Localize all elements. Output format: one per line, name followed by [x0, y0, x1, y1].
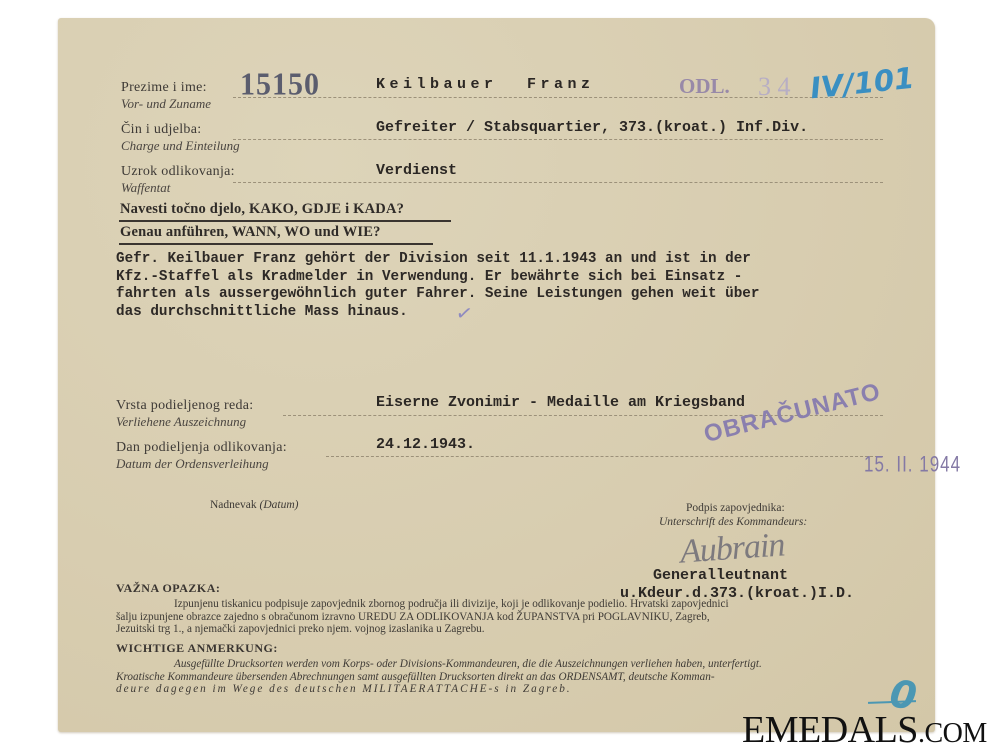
check-mark: ✓: [454, 300, 475, 327]
note-de-line: Ausgefüllte Drucksorten werden vom Korps…: [116, 658, 916, 671]
field-reason-label-de: Waffentat: [121, 180, 170, 196]
note-hr-line: Izpunjenu tiskanicu podpisuje zapovjedni…: [116, 598, 916, 611]
signature-label-de: Unterschrift des Kommandeurs:: [659, 516, 807, 528]
date-label: Nadnevak (Datum): [210, 499, 298, 511]
award-date-label-hr: Dan podieljenja odlikovanja:: [116, 440, 287, 456]
field-reason-line: [233, 182, 883, 183]
instruction-de-underline: [119, 243, 433, 245]
note-hr-line: Jezuitski trg 1., a njemački zapovjednic…: [116, 623, 916, 636]
note-de-title: WICHTIGE ANMERKUNG:: [116, 641, 278, 656]
field-name-label-de: Vor- und Zuname: [121, 96, 211, 112]
narrative-line: Kfz.-Staffel als Kradmelder in Verwendun…: [116, 269, 759, 287]
award-type-label-hr: Vrsta podieljenog reda:: [116, 398, 253, 414]
signature-label-hr: Podpis zapovjednika:: [686, 502, 785, 514]
stamp-serial-number: 15150: [240, 67, 320, 103]
field-name-label-hr: Prezime i ime:: [121, 80, 207, 96]
watermark-main: EMEDALS: [742, 709, 918, 750]
watermark-suffix: .COM: [918, 718, 987, 749]
award-date-value: 24.12.1943.: [376, 436, 475, 453]
note-hr-line: šalju izpunjene obrazce zajedno s obraču…: [116, 611, 916, 624]
note-hr-body: Izpunjenu tiskanicu podpisuje zapovjedni…: [116, 598, 916, 636]
handwritten-signature: Aubrain: [679, 526, 786, 571]
narrative-line: Gefr. Keilbauer Franz gehört der Divisio…: [116, 251, 759, 269]
award-date-label-de: Datum der Ordensverleihung: [116, 456, 269, 472]
stamp-odl: ODL.: [679, 74, 730, 99]
stamp-obracunato: OBRAČUNATO: [701, 378, 884, 449]
field-reason-label-hr: Uzrok odlikovanja:: [121, 164, 235, 180]
date-label-hr: Nadnevak: [210, 499, 257, 511]
field-rank-line: [233, 139, 883, 140]
note-de-line: deure dagegen im Wege des deutschen MILI…: [116, 683, 916, 696]
note-hr-title: VAŽNA OPAZKA:: [116, 581, 220, 596]
narrative-line: fahrten als aussergewöhnlich guter Fahre…: [116, 286, 759, 304]
instruction-de: Genau anführen, WANN, WO und WIE?: [120, 224, 381, 241]
narrative: Gefr. Keilbauer Franz gehört der Divisio…: [116, 251, 759, 321]
award-proposal-card: Prezime i ime: Vor- und Zuname 15150 Kei…: [58, 18, 935, 732]
blue-ink-reference: IV/101: [809, 61, 916, 106]
field-rank-label-de: Charge und Einteilung: [121, 138, 240, 154]
watermark-logo: EMEDALS.COM: [742, 708, 987, 750]
narrative-line: das durchschnittliche Mass hinaus.: [116, 304, 759, 322]
stamp-ref-faded: 3 4: [758, 72, 791, 102]
award-type-label-de: Verliehene Auszeichnung: [116, 414, 246, 430]
date-label-de: (Datum): [260, 499, 299, 511]
field-rank-value: Gefreiter / Stabsquartier, 373.(kroat.) …: [376, 119, 808, 136]
field-name-value: Keilbauer Franz: [376, 76, 595, 93]
award-date-line: [326, 456, 883, 457]
stamp-obracunato-date: 15. II. 1944: [864, 452, 961, 478]
signature-rank: Generalleutnant: [653, 567, 788, 584]
note-de-line: Kroatische Kommandeure übersenden Abrech…: [116, 671, 916, 684]
instruction-hr: Navesti točno djelo, KAKO, GDJE i KADA?: [120, 201, 404, 218]
field-reason-value: Verdienst: [376, 162, 457, 179]
award-type-value: Eiserne Zvonimir - Medaille am Kriegsban…: [376, 394, 745, 411]
instruction-hr-underline: [119, 220, 451, 222]
field-rank-label-hr: Čin i udjelba:: [121, 122, 201, 138]
note-de-body: Ausgefüllte Drucksorten werden vom Korps…: [116, 658, 916, 696]
